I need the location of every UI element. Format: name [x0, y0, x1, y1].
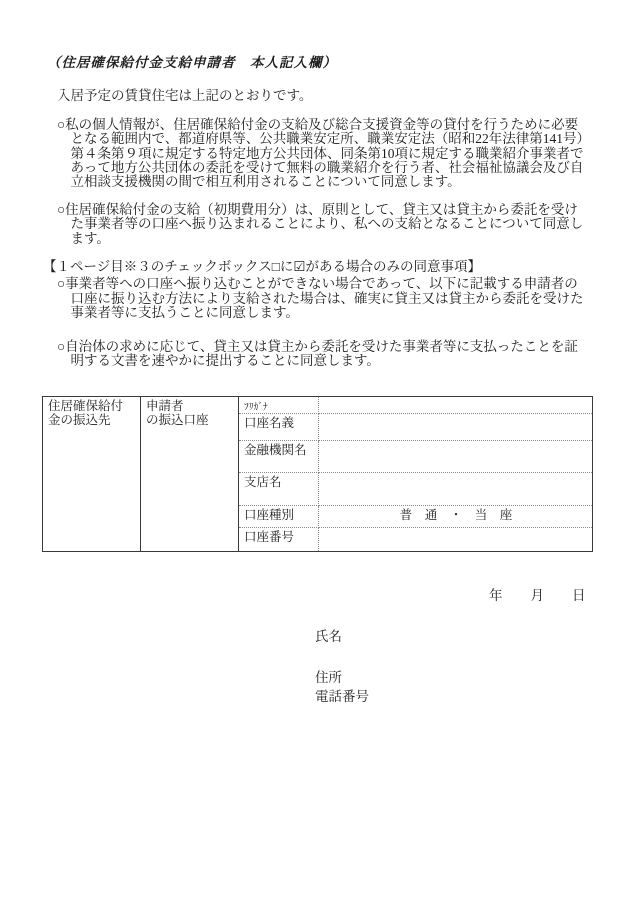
intro-text: 入居予定の賃貸住宅は上記のとおりです。 — [57, 89, 593, 103]
bank-name-value-field — [319, 440, 593, 472]
conditional-consent-header: 【１ページ目※３のチェックボックス□に☑がある場合のみの同意事項】 — [43, 260, 593, 274]
page-title: （住居確保給付金支給申請者 本人記入欄） — [47, 56, 593, 70]
consent-line: た事業者等の口座へ振り込まれることにより、私への支給となることについて同意し — [57, 217, 593, 231]
branch-name-label: 支店名 — [239, 472, 319, 505]
account-holder-header-cell: 申請者 の振込口座 — [141, 396, 239, 551]
consent-line: 明する文書を速やかに提出することに同意します。 — [57, 354, 593, 368]
account-name-label: 口座名義 — [239, 413, 319, 440]
consent-paragraph-applicant-account: ○事業者等への口座へ振り込むことができない場合であって、以下に記載する申請者の … — [57, 277, 593, 320]
name-label: 氏名 — [315, 630, 593, 644]
payee-label-line: 金の振込先 — [48, 413, 136, 427]
consent-line: ○事業者等への口座へ振り込むことができない場合であって、以下に記載する申請者の — [57, 277, 593, 291]
date-line: 年 月 日 — [489, 589, 593, 603]
consent-line: となる範囲内で、都道府県等、公共職業安定所、職業安定法（昭和22年法律第141号… — [57, 132, 593, 146]
account-holder-label-line: の振込口座 — [146, 413, 234, 427]
furigana-value-field — [319, 396, 593, 413]
furigana-label: ﾌﾘｶﾞﾅ — [239, 396, 319, 413]
bank-transfer-table: 住居確保給付 金の振込先 申請者 の振込口座 ﾌﾘｶﾞﾅ 口座名義 金融機関名 — [42, 396, 593, 552]
account-holder-label-line: 申請者 — [146, 399, 234, 413]
payee-header-cell: 住居確保給付 金の振込先 — [43, 396, 141, 551]
consent-line: 立相談支援機関の間で相互利用されることについて同意します。 — [57, 175, 593, 189]
day-label: 日 — [572, 589, 586, 603]
year-label: 年 — [489, 589, 503, 603]
consent-paragraph-payment-method: ○住居確保給付金の支給（初期費用分）は、原則として、貸主又は貸主から委託を受け … — [57, 203, 593, 246]
consent-line: 事業者等に支払うことに同意します。 — [57, 306, 593, 320]
account-type-label: 口座種別 — [239, 505, 319, 527]
consent-line: ます。 — [57, 232, 593, 246]
consent-paragraph-personal-info: ○私の個人情報が、住居確保給付金の支給及び総合支援資金等の貸付を行うために必要 … — [57, 118, 593, 190]
account-number-label: 口座番号 — [239, 527, 319, 551]
account-type-options: 普 通 ・ 当 座 — [319, 505, 593, 527]
account-number-value-field — [319, 527, 593, 551]
bank-name-label: 金融機関名 — [239, 440, 319, 472]
payee-label-line: 住居確保給付 — [48, 399, 136, 413]
document-page: （住居確保給付金支給申請者 本人記入欄） 入居予定の賃貸住宅は上記のとおりです。… — [0, 0, 630, 903]
consent-line: 第４条第９項に規定する特定地方公共団体、同条第10項に規定する職業紹介事業者で — [57, 147, 593, 161]
month-label: 月 — [531, 589, 545, 603]
phone-label: 電話番号 — [315, 690, 593, 704]
consent-line: ○自治体の求めに応じて、貸主又は貸主から委託を受けた事業者等に支払ったことを証 — [57, 340, 593, 354]
address-label: 住所 — [315, 671, 593, 685]
branch-name-value-field — [319, 472, 593, 505]
consent-paragraph-proof-document: ○自治体の求めに応じて、貸主又は貸主から委託を受けた事業者等に支払ったことを証 … — [57, 340, 593, 369]
account-name-value-field — [319, 413, 593, 440]
